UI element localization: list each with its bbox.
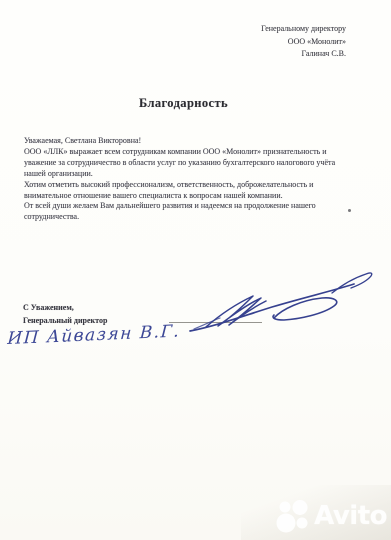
signoff-block: С Уважением, Генеральный директор bbox=[23, 302, 107, 327]
body-line: уважение за сотрудничество в области усл… bbox=[24, 158, 376, 169]
body-line: сотрудничества. bbox=[24, 212, 376, 223]
ink-speck bbox=[348, 209, 351, 212]
recipient-line: Генеральному директору bbox=[261, 23, 346, 36]
recipient-block: Генеральному директору ООО «Монолит» Гал… bbox=[261, 23, 346, 61]
recipient-line: Галинач С.В. bbox=[261, 48, 346, 61]
body-line: Хотим отметить высокий профессионализм, … bbox=[24, 180, 376, 191]
avito-watermark: Avito bbox=[275, 498, 387, 534]
avito-logo-icon bbox=[275, 498, 311, 534]
body-line: Уважаемая, Светлана Викторовна! bbox=[24, 136, 376, 147]
body-line: нашей организации. bbox=[24, 169, 376, 180]
letter-page: Генеральному директору ООО «Монолит» Гал… bbox=[0, 0, 391, 540]
body-line: внимательное отношение вашего специалист… bbox=[24, 191, 376, 202]
body-line: От всей души желаем Вам дальнейшего разв… bbox=[24, 201, 376, 212]
signature-image bbox=[182, 263, 377, 335]
body-line: ООО «ЛЛК» выражает всем сотрудникам комп… bbox=[24, 147, 376, 158]
letter-title: Благодарность bbox=[0, 96, 367, 111]
letter-body: Уважаемая, Светлана Викторовна! ООО «ЛЛК… bbox=[24, 136, 376, 223]
avito-wordmark: Avito bbox=[314, 501, 387, 531]
recipient-line: ООО «Монолит» bbox=[261, 36, 346, 49]
signoff-regards: С Уважением, bbox=[23, 302, 107, 315]
